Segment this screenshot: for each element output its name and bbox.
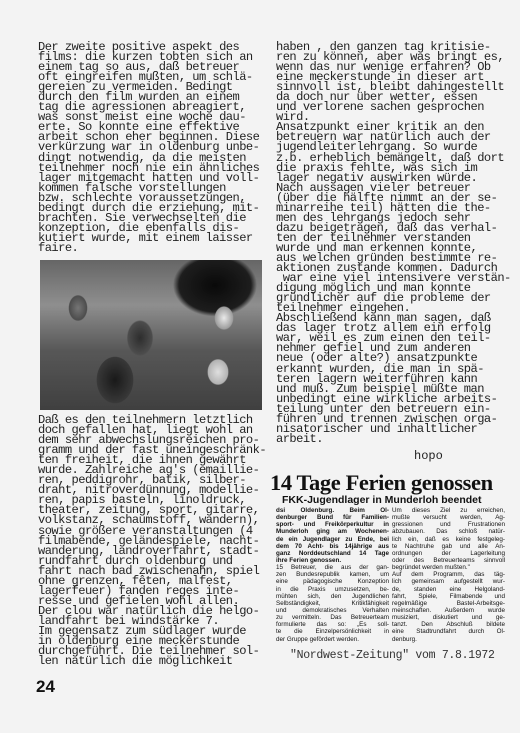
clipping-line: der Gruppe gefördert werden. xyxy=(276,636,389,643)
clipping-headline: 14 Tage Ferien genossen xyxy=(270,470,520,496)
clipping-line: musiziert, diskutiert und ge- xyxy=(392,614,505,621)
clipping-line: in die Praxis umzusetzen, be- xyxy=(276,586,389,593)
typewritten-column-left-top: Der zweite positive aspekt desfilms: die… xyxy=(38,42,259,253)
clipping-line: tanzt. Den Abschluß bildete xyxy=(392,621,505,628)
text-line: und verlorene sachen gesprochen xyxy=(276,102,511,112)
clipping-line: denburg. xyxy=(392,636,505,643)
clipping-line: und demokratisches Verhalten xyxy=(276,607,389,614)
clipping-line: Selbständigkeit, Kritikfähigkeit xyxy=(276,600,389,607)
page-number: 24 xyxy=(36,677,55,697)
clipping-line: lich ein, daß es keine festgeleg- xyxy=(392,536,505,543)
clipping-line: ganz Norddeutschland 14 Tage xyxy=(276,550,389,557)
clipping-line: 15 Betreuer, die aus der gan- xyxy=(276,564,389,571)
clipping-line: denburger Bund für Familien- xyxy=(276,514,389,521)
clipping-line: Munderloh ging am Wochenen- xyxy=(276,528,389,535)
clipping-line: zen Bundesrepublik kamen, um xyxy=(276,571,389,578)
group-photo xyxy=(40,260,262,410)
clipping-line: de ein Jugendlager zu Ende, bei xyxy=(276,536,389,543)
clipping-line: mußte versucht werden, Ag- xyxy=(392,514,505,521)
clipping-line: abzubauen. Das schloß natür- xyxy=(392,528,505,535)
clipping-column-1: dsi Oldenburg. Beim Ol-denburger Bund fü… xyxy=(276,507,389,643)
clipping-source: "Nordwest-Zeitung" vom 7.8.1972 xyxy=(290,649,495,662)
clipping-line: sport- und Freikörperkultur in xyxy=(276,521,389,528)
clipping-line: eine Stadtrundfahrt durch Ol- xyxy=(392,628,505,635)
clipping-line: dem 70 Acht- bis 14jährige aus xyxy=(276,543,389,550)
clipping-line: eine pädagogische Konzeption xyxy=(276,578,389,585)
author-signature: hopo xyxy=(414,449,443,463)
clipping-line: te Nachtruhe gab und alle An- xyxy=(392,543,505,550)
clipping-line: dsi Oldenburg. Beim Ol- xyxy=(276,507,389,514)
clipping-line: zu vermitteln. Das Betreuerteam xyxy=(276,614,389,621)
clipping-line: regelmäßige Bastel-Arbeitsge- xyxy=(392,600,505,607)
clipping-line: mühten sich, den Jugendlichen xyxy=(276,593,389,600)
clipping-line: ordnungen der Lagerleitung xyxy=(392,550,505,557)
clipping-line: meinschaften. Außerdem wurde xyxy=(392,607,505,614)
clipping-line: Auf dem Programm, das täg- xyxy=(392,571,505,578)
clipping-line: oder des Betreuerteams sinnvoll xyxy=(392,557,505,564)
clipping-line: begründet werden mußten." xyxy=(392,564,505,571)
typewritten-column-left-bottom: Daß es den teilnehmern letztlichdoch gef… xyxy=(38,415,266,666)
text-line: len natürlich die möglichkeit xyxy=(38,656,266,666)
clipping-line: te die Einzelpersönlichkeit in xyxy=(276,628,389,635)
clipping-line: formulierte das so: „Es soll- xyxy=(276,621,389,628)
clipping-line: fahrt, Spiele, Filmabende und xyxy=(392,593,505,600)
clipping-line: lich gemeinsam aufgestellt wur- xyxy=(392,578,505,585)
clipping-line: gressionen und Frustrationen xyxy=(392,521,505,528)
clipping-column-2: Um dieses Ziel zu erreichen,mußte versuc… xyxy=(392,507,505,643)
clipping-line: ihre Ferien genossen. xyxy=(276,557,389,564)
clipping-subheadline: FKK-Jugendlager in Munderloh beendet xyxy=(282,494,482,506)
typewritten-column-right: haben , den ganzen tag kritisie-ren zu k… xyxy=(276,42,511,444)
clipping-line: de, standen eine Helgoland- xyxy=(392,586,505,593)
clipping-line: Um dieses Ziel zu erreichen, xyxy=(392,507,505,514)
